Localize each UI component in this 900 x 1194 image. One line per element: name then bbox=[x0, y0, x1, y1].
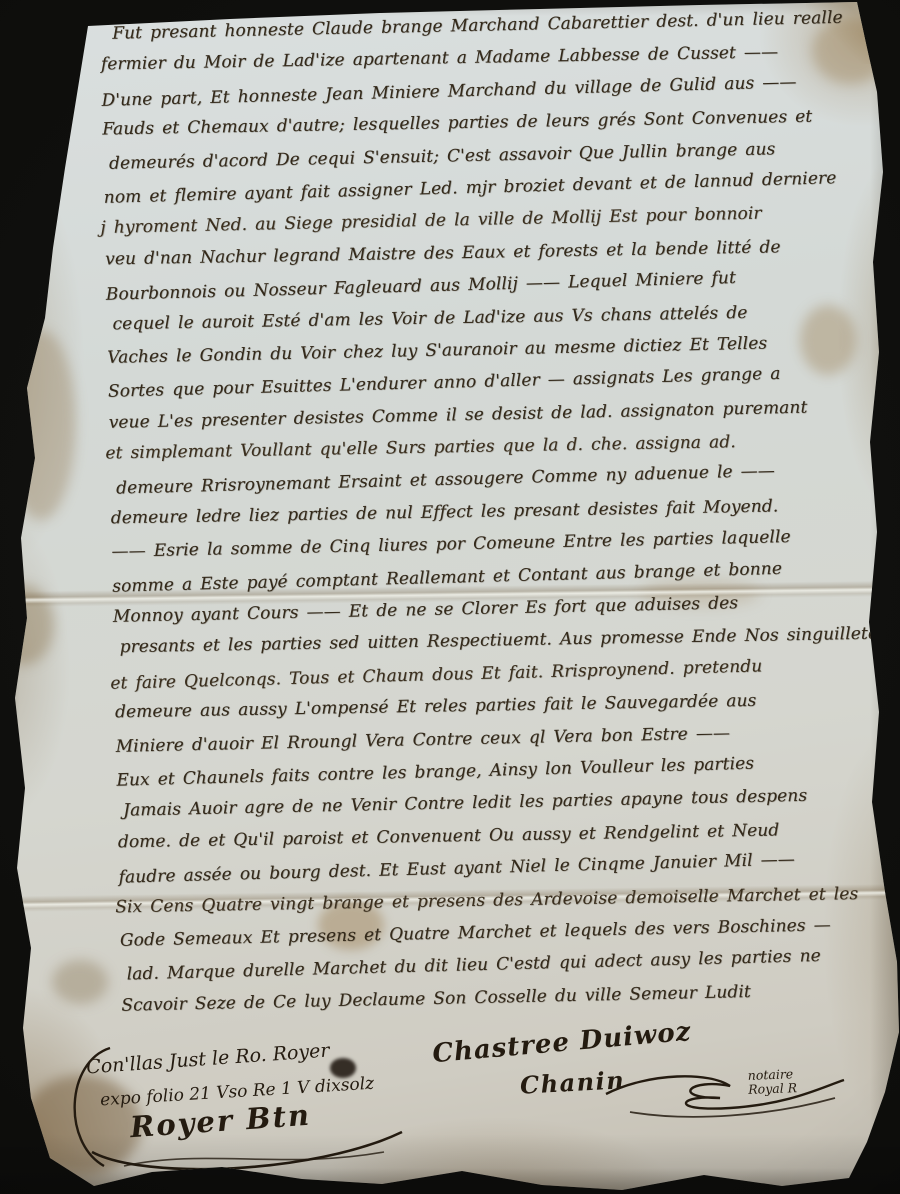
notary-title: notaire Royal R bbox=[748, 1067, 798, 1097]
signature-chastree: Chastree Duiwoz bbox=[431, 1017, 692, 1070]
stain bbox=[0, 585, 54, 665]
signature-paraph-chanin bbox=[600, 1064, 850, 1124]
manuscript-text: Fut presant honneste Claude brange March… bbox=[100, 7, 884, 1027]
registration-note-line1: Con'llas Just le Ro. Royer bbox=[86, 1040, 331, 1079]
manuscript-page: Fut presant honneste Claude brange March… bbox=[0, 0, 900, 1194]
stain bbox=[6, 330, 76, 520]
photo-background: Fut presant honneste Claude brange March… bbox=[0, 0, 900, 1194]
notary-title-line2: Royal R bbox=[748, 1081, 797, 1097]
stain bbox=[52, 960, 108, 1004]
signature-chanin: Chanin bbox=[519, 1065, 625, 1099]
